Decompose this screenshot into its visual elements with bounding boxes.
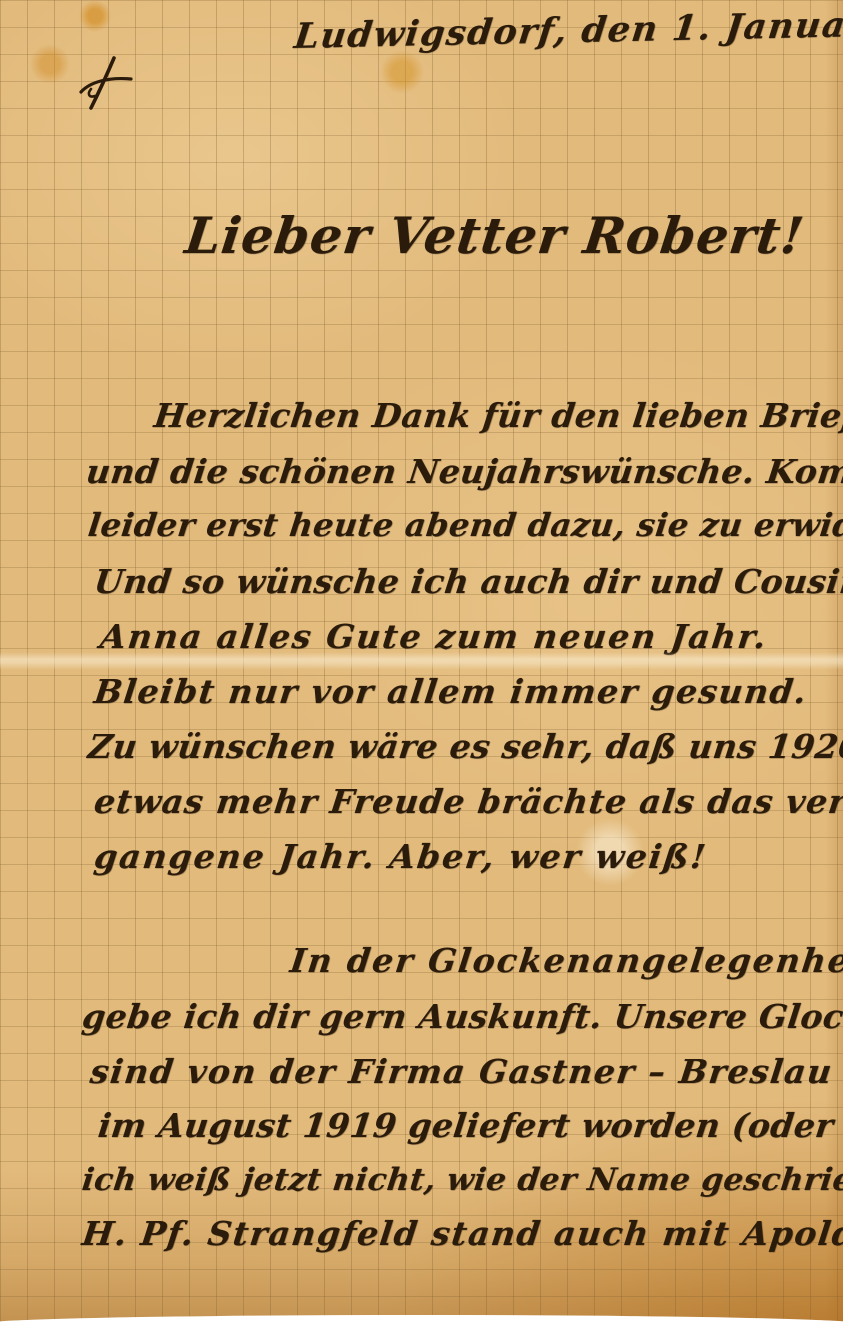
letter-line: gangene Jahr. Aber, wer weiß! [92,837,710,876]
letter-line: Anna alles Gute zum neuen Jahr. [98,617,770,656]
dateline: Ludwigsdorf, den 1. Januar 1920. [292,1,843,57]
letter-line: Bleibt nur vor allem immer gesund. [92,672,810,711]
letter-line: leider erst heute abend dazu, sie zu erw… [86,506,843,544]
letter-line: im August 1919 geliefert worden (oder Ge… [96,1106,843,1145]
letter-line: ich weiß jetzt nicht, wie der Name gesch… [80,1162,843,1198]
letter-line: etwas mehr Freude brächte als das ver- [92,782,843,821]
scan-edge [0,1315,843,1329]
salutation: Lieber Vetter Robert! [182,206,808,265]
letter-line: und die schönen Neujahrswünsche. Komme [84,452,843,491]
letter-page: Ludwigsdorf, den 1. Januar 1920. Lieber … [0,0,843,1329]
letter-line: gebe ich dir gern Auskunft. Unsere Glock… [80,997,843,1036]
letter-line: H. Pf. Strangfeld stand auch mit Apolda … [80,1214,843,1253]
letter-line: Und so wünsche ich auch dir und Cousine [92,562,843,601]
letter-line: sind von der Firma Gastner – Breslau [88,1052,835,1091]
letter-line: Herzlichen Dank für den lieben Brief [152,396,843,435]
letter-line: In der Glockenangelegenheit [288,941,843,980]
pen-cross-mark-icon [78,56,136,110]
letter-line: Zu wünschen wäre es sehr, daß uns 1920 [86,727,843,766]
